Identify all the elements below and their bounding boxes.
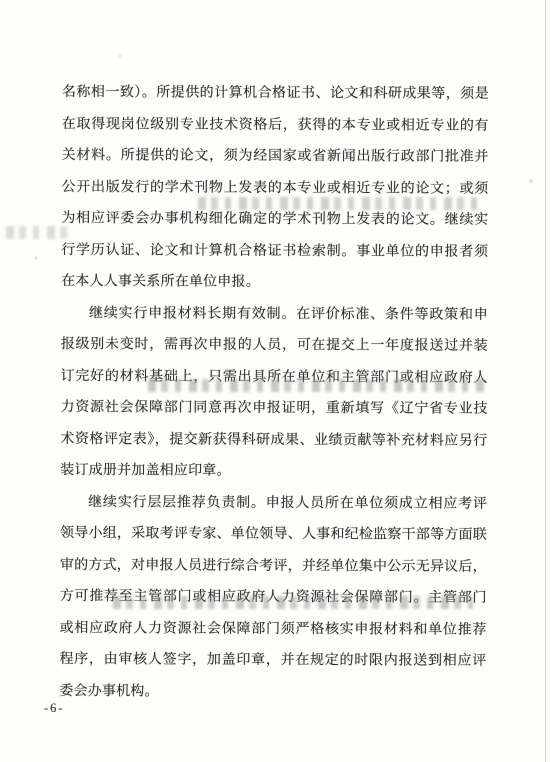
document-text-block: 名称相一致）。所提供的计算机合格证书、论文和科研成果等，须是 在取得现岗位级别专… (59, 77, 489, 709)
document-text-line: 或相应政府人力资源社会保障部门须严格核实申报材料和单位推荐 (60, 612, 487, 645)
document-text-line: 委会办事机构。 (59, 675, 486, 708)
document-text-line: 关材料。所提供的论文，须为经国家或省新闻出版行政部门批准并 (62, 140, 489, 173)
ink-bleedthrough-artifact (198, 197, 484, 210)
document-text-line: 在本人人事关系所在单位申报。 (61, 266, 488, 299)
document-text-line: 继续实行层层推荐负责制。申报人员所在单位须成立相应考评 (60, 486, 487, 519)
document-text-line: 报级别未变时，需再次申报的人员，可在提交上一年度报送过并装 (61, 329, 488, 362)
document-text-line: 术资格评定表》，提交新获得科研成果、业绩贡献等补充材料应另行 (60, 423, 487, 456)
paragraph-1: 名称相一致）。所提供的计算机合格证书、论文和科研成果等，须是 在取得现岗位级别专… (61, 77, 489, 299)
ink-bleedthrough-artifact (6, 226, 70, 239)
document-text-line: 程序，由审核人签字，加盖印章，并在规定的时限内报送到相应评 (59, 644, 486, 677)
document-text-line: 领导小组，采取考评专家、单位领导、人事和纪检监察干部等方面联 (60, 518, 487, 551)
ink-bleedthrough-artifact (148, 379, 484, 392)
document-text-line: 行学历认证、论文和计算机合格证书检索制。事业单位的申报者须 (61, 234, 488, 267)
ink-bleedthrough-artifact (113, 596, 473, 609)
document-text-line: 继续实行申报材料长期有效制。在评价标准、条件等政策和申 (61, 297, 488, 330)
paragraph-2: 继续实行申报材料长期有效制。在评价标准、条件等政策和申 报级别未变时，需再次申报… (60, 297, 488, 488)
scanned-document-page: 名称相一致）。所提供的计算机合格证书、论文和科研成果等，须是 在取得现岗位级别专… (0, 0, 550, 762)
document-text-line: 审的方式，对申报人员进行综合考评，并经单位集中公示无异议后， (60, 549, 487, 582)
document-text-line: 力资源社会保障部门同意再次申报证明，重新填写《辽宁省专业技 (60, 392, 487, 425)
document-text-line: 在取得现岗位级别专业技术资格后，获得的本专业或相近专业的有 (62, 108, 489, 141)
scan-edge-line (545, 0, 546, 762)
document-text-line: 装订成册并加盖相应印章。 (60, 455, 487, 488)
page-number: -6- (44, 701, 65, 716)
document-text-line: 名称相一致）。所提供的计算机合格证书、论文和科研成果等，须是 (62, 77, 489, 110)
